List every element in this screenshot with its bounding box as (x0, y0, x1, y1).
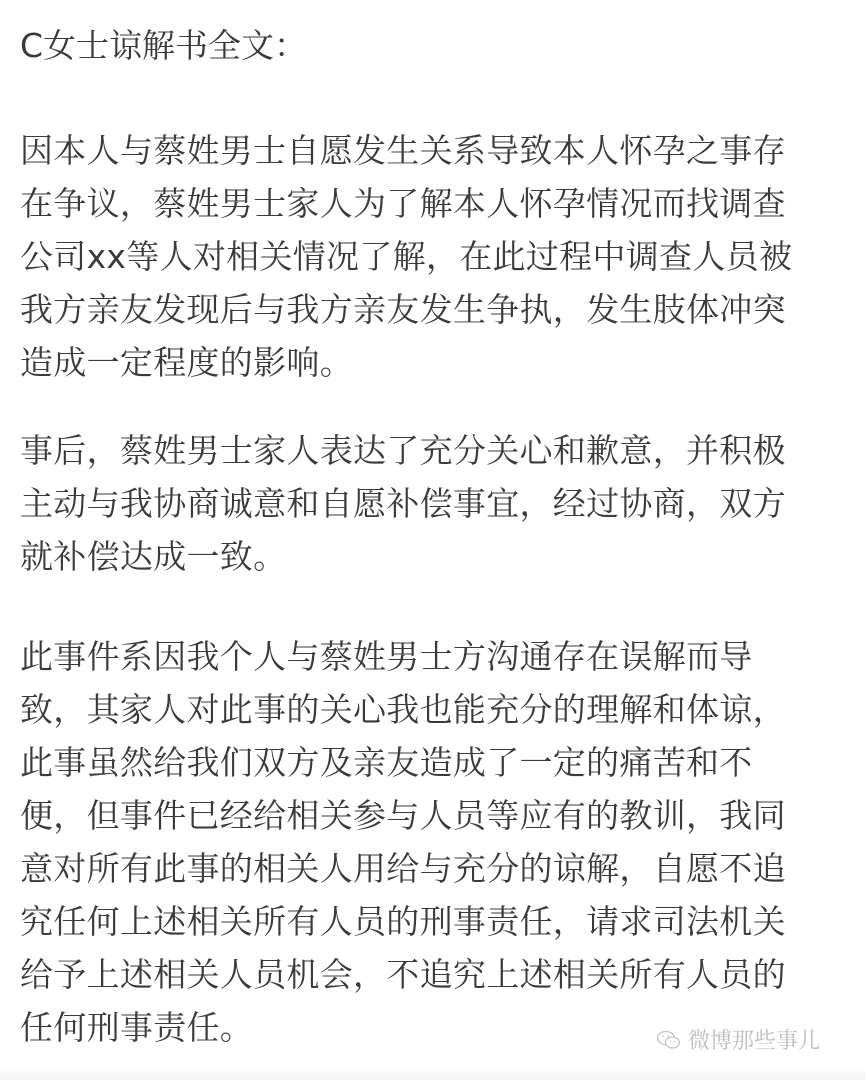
text-line: 便，但事件已经给相关参与人员等应有的教训，我同 (20, 789, 840, 842)
paragraph-2: 事后，蔡姓男士家人表达了充分关心和歉意，并积极 主动与我协商诚意和自愿补偿事宜，… (20, 424, 840, 583)
text-line: 主动与我协商诚意和自愿补偿事宜，经过协商，双方 (20, 477, 840, 530)
bottom-edge (0, 1066, 866, 1080)
text-line: 事后，蔡姓男士家人表达了充分关心和歉意，并积极 (20, 424, 840, 477)
text-line: 造成一定程度的影响。 (20, 336, 840, 389)
paragraph-1: 因本人与蔡姓男士自愿发生关系导致本人怀孕之事存 在争议，蔡姓男士家人为了解本人怀… (20, 124, 840, 389)
watermark: 微博那些事儿 (656, 1024, 820, 1055)
watermark-text: 微博那些事儿 (688, 1024, 820, 1055)
text-line: 公司xx等人对相关情况了解，在此过程中调查人员被 (20, 230, 840, 283)
wechat-icon (656, 1029, 682, 1051)
document-title: C女士谅解书全文： (20, 24, 307, 68)
text-line: 致，其家人对此事的关心我也能充分的理解和体谅， (20, 683, 840, 736)
text-line: 给予上述相关人员机会，不追究上述相关所有人员的 (20, 948, 840, 1001)
text-line: 究任何上述相关所有人员的刑事责任，请求司法机关 (20, 895, 840, 948)
text-line: 在争议，蔡姓男士家人为了解本人怀孕情况而找调查 (20, 177, 840, 230)
text-line: 此事虽然给我们双方及亲友造成了一定的痛苦和不 (20, 736, 840, 789)
text-line: 意对所有此事的相关人用给与充分的谅解，自愿不追 (20, 842, 840, 895)
text-line: 此事件系因我个人与蔡姓男士方沟通存在误解而导 (20, 630, 840, 683)
paragraph-3: 此事件系因我个人与蔡姓男士方沟通存在误解而导 致，其家人对此事的关心我也能充分的… (20, 630, 840, 1054)
text-line: 我方亲友发现后与我方亲友发生争执，发生肢体冲突 (20, 283, 840, 336)
text-line: 就补偿达成一致。 (20, 530, 840, 583)
text-line: 因本人与蔡姓男士自愿发生关系导致本人怀孕之事存 (20, 124, 840, 177)
